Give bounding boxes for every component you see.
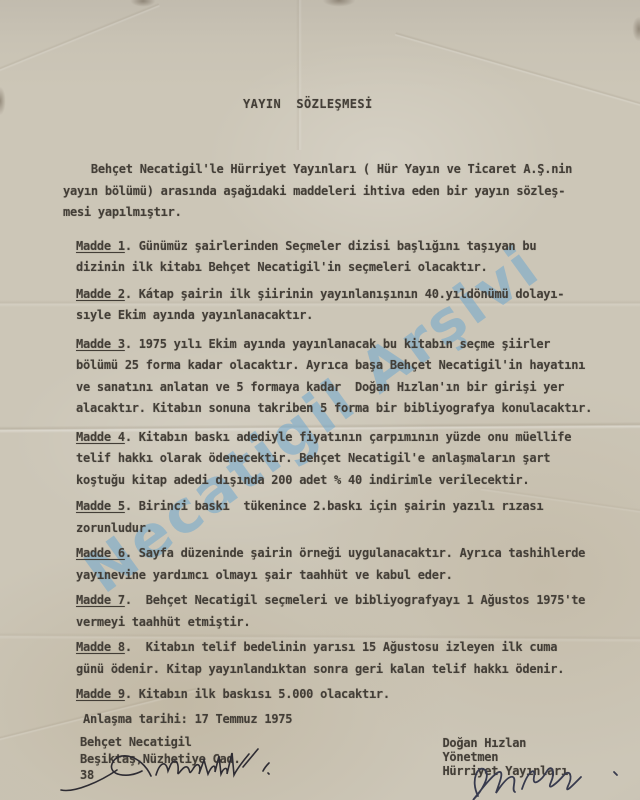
article-text: . Sayfa düzeninde şairin örneği uygulana… (125, 546, 585, 560)
signatory-author-number: 38 (80, 767, 240, 784)
article-text: sıyle Ekim ayında yayınlanacaktır. (76, 305, 640, 327)
article-madde-9: Madde 9. Kitabın ilk baskısı 5.000 olaca… (76, 684, 640, 706)
article-text: . Kitabın telif bedelinin yarısı 15 Ağus… (125, 640, 557, 654)
article-label: Madde 4 (76, 430, 125, 444)
signatory-author-name: Behçet Necatigil (80, 734, 240, 751)
article-madde-5: Madde 5. Birinci baskı tükenince 2.baskı… (76, 496, 640, 539)
signatory-publisher-role: Yönetmen (442, 750, 568, 764)
signatory-author-address: Beşiktaş,Nüzhetiye Cad. (80, 751, 240, 768)
article-text: . Kitabın ilk baskısı 5.000 olacaktır. (125, 687, 390, 701)
article-madde-3: Madde 3. 1975 yılı Ekim ayında yayınlana… (76, 334, 640, 420)
intro-line: mesi yapılmıştır. (63, 202, 640, 224)
article-label: Madde 3 (76, 337, 125, 351)
article-label: Madde 9 (76, 687, 125, 701)
article-text: vermeyi taahhüt etmiştir. (76, 612, 640, 634)
signature-row: Behçet Necatigil Beşiktaş,Nüzhetiye Cad.… (0, 734, 640, 784)
article-text: zorunludur. (76, 518, 640, 540)
signatory-publisher-org: Hürriyet Yayınları (442, 764, 568, 778)
article-text: yayınevine yardımcı olmayı şair taahhüt … (76, 565, 640, 587)
article-text: . Behçet Necatigil seçmeleri ve bibliyog… (125, 593, 585, 607)
article-text: dizinin ilk kitabı Behçet Necatigil'in s… (76, 257, 640, 279)
article-label: Madde 1 (76, 239, 125, 253)
agreement-date: Anlaşma tarihi: 17 Temmuz 1975 (83, 709, 640, 731)
article-text: alacaktır. Kitabın sonuna takriben 5 for… (76, 398, 640, 420)
article-text: . Kátap şairin ilk şiirinin yayınlanışın… (125, 287, 564, 301)
article-text: koştuğu kitap adedi dışında 200 adet % 4… (76, 470, 640, 492)
article-label: Madde 8 (76, 640, 125, 654)
article-text: . Birinci baskı tükenince 2.baskı için ş… (125, 499, 543, 513)
article-madde-1: Madde 1. Günümüz şairlerinden Seçmeler d… (76, 236, 640, 279)
signatory-publisher-name: Doğan Hızlan (442, 736, 568, 750)
article-madde-8: Madde 8. Kitabın telif bedelinin yarısı … (76, 637, 640, 680)
article-text: . Günümüz şairlerinden Seçmeler dizisi b… (125, 239, 537, 253)
intro-paragraph: Behçet Necatigil'le Hürriyet Yayınları (… (63, 159, 640, 224)
article-label: Madde 2 (76, 287, 125, 301)
article-text: günü ödenir. Kitap yayınlandıktan sonra … (76, 659, 640, 681)
article-text: telif hakkı olarak ödenecektir. Behçet N… (76, 448, 640, 470)
article-text: ve sanatını anlatan ve 5 formaya kadar D… (76, 377, 640, 399)
intro-line: Behçet Necatigil'le Hürriyet Yayınları (… (63, 159, 640, 181)
article-text: . 1975 yılı Ekim ayında yayınlanacak bu … (125, 337, 550, 351)
article-madde-6: Madde 6. Sayfa düzeninde şairin örneği u… (76, 543, 640, 586)
article-label: Madde 7 (76, 593, 125, 607)
article-text: bölümü 25 forma kadar olacaktır. Ayrıca … (76, 355, 640, 377)
article-madde-2: Madde 2. Kátap şairin ilk şiirinin yayın… (76, 284, 640, 327)
article-label: Madde 6 (76, 546, 125, 560)
signatory-publisher-block: Doğan Hızlan Yönetmen Hürriyet Yayınları (442, 736, 568, 784)
article-label: Madde 5 (76, 499, 125, 513)
page-title: YAYIN SÖZLEŞMESİ (243, 93, 640, 115)
signatory-author-block: Behçet Necatigil Beşiktaş,Nüzhetiye Cad.… (80, 734, 240, 784)
article-madde-7: Madde 7. Behçet Necatigil seçmeleri ve b… (76, 590, 640, 633)
intro-line: yayın bölümü) arasında aşağıdaki maddele… (63, 181, 640, 203)
article-madde-4: Madde 4. Kitabın baskı adediyle fiyatını… (76, 427, 640, 492)
contract-document-page: Necatigil Arşivi YAYIN SÖZLEŞMESİ Behçet… (0, 0, 640, 800)
article-text: . Kitabın baskı adediyle fiyatının çarpı… (125, 430, 571, 444)
